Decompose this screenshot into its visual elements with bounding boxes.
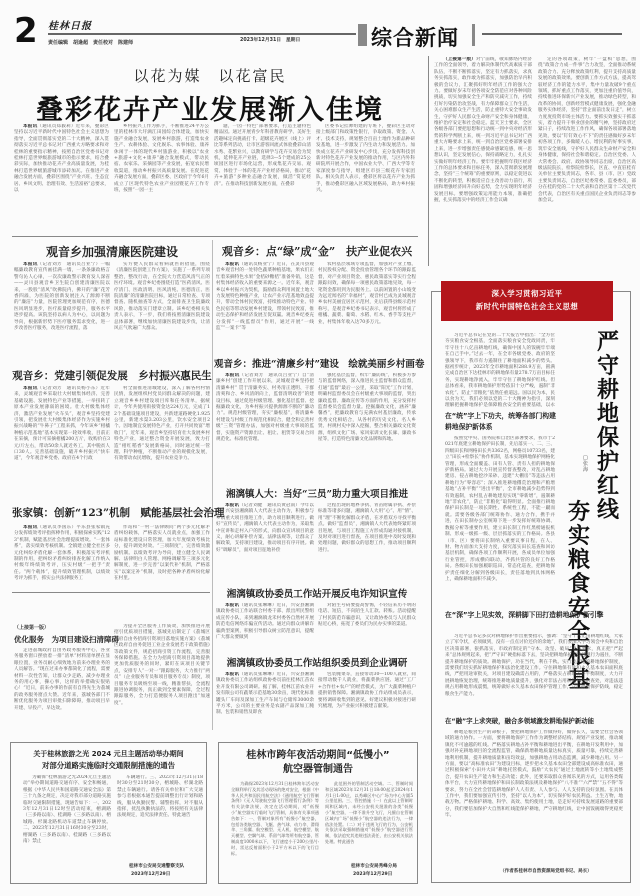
section-heading: 在“深”字上见实效，深耕脚下田打造耕地保护新引擎 [445,610,623,621]
lead-col-1: 本报讯（通讯员郑毅莉）近年来，叠彩区坚持以习近平新时代中国特色社会主义思想为指导… [14,124,109,234]
story-title: 张家镇：创新“123”机制 赋能基层社会治理 [12,505,212,520]
author-note: （作者系桂林市自然资源局党组书记、局长） [500,868,592,874]
aircraft-notice-box: 桂林市跨年夜活动期间“低慢小” 航空器管制通告 为确保2023年12月31日桂林… [218,742,418,884]
story-title: 观音乡：党建引领促发展 乡村振兴惠民生 [12,368,212,383]
story-col: 对陌生号码要提高警惕，不轻信来历不明的电话、短信，不向陌生人汇款、转账。活动提醒… [318,603,416,647]
continuation-col-1: （上接第一版）对宁前线，敬知脉络内经济工作的全面领导，着力解决体制代代高素质干部… [434,57,532,271]
header-rule [48,33,356,35]
section-heading: 在“融”字上求突破，融合多领域激发耕地保护新动能 [445,716,625,725]
story-title: 优化服务 为项目建设扫清障碍 [14,634,119,645]
divider [12,592,210,593]
story-col: 村全面推进清城建设，深入了解各村村情民情，发展组织村党员同群众解决的问题，建立观… [114,386,210,488]
header-rule-right [482,33,622,35]
story-col: 本报讯（通讯员张琳琳）近日，兴安县湘漓镇政协委员工作站组织政协委员前往桂林江苗农… [216,672,314,724]
lead-col-4: 区委书记挂帅组建的专班下，叠彩区主动对接上级部门和政策性银行，争取政策、资金、人… [316,124,415,234]
section-body: 耕地是粮食生产的命根子，要把耕地保护工作做得好，做得长久，需要全社会各领域的通力… [445,730,623,866]
special-intro: 习近平总书记在党的二十大报告中指出：“全方位夯实粮食安全根基，全面落实粮食安全党… [445,333,555,407]
story-col: 本报讯（记者刘芳 通讯员吕业宁）一幅幅廉政教育宣传画挂满一墙，一条条廉政格言警句… [14,262,110,350]
section-body: 习近平总书记多次对耕地保护作出重要指示，强调：“坚守十八亿亩耕地红线，大家立了军… [445,634,623,710]
lead-col-2: 乡村振兴工作为抓手，不断推进24平方公里的桂林市大圩漓江田园综合体建设，加快实施… [114,124,209,234]
story-col: 本报讯（通讯员张琳琳）近日，兴安县湘漓镇政协委员工作站联合村委干部、派出所民警组… [216,603,314,647]
theme-banner: 深入学习贯彻习近平 新时代中国特色社会主义思想 [441,281,613,321]
notice-signer: 桂林市公安局秀峰分局 [351,863,397,869]
lead-col-3: 题，一园一特色”部署要求，打造主题特色精品园。通过开展青少年科普教育研学、美好生… [214,124,311,234]
story-title: 观音乡：点“绿”成“金” 扶产业促农兴 [214,243,420,259]
story-title: 观音乡加强清廉医院建设 [12,243,212,260]
lead-subtitle: 以花为媒 以花富民 [0,65,420,86]
section-heading: 在“统”字上下功夫，统筹各部门构建耕地保护新体系 [445,411,557,433]
traffic-notice-box: 关于桂林旅游之光 2024 元旦主题活动举办期间 对部分道路实施临时交通限制措施… [10,742,207,884]
lead-title: 叠彩花卉产业发展渐入佳境 [0,88,420,127]
vertical-title-1: 严守耕地保护红线 [597,330,623,522]
author-byline: □张海 [583,455,589,473]
story-col: 本报讯（记者刘芳 通讯员杨小东）近年来，灵城观音乡采取壮大村级集体经济、完善基础… [14,386,110,488]
story-col: 实方便人民群众看病就医的措施，围绕《清廉医院创建工作方案》，实施了一系列专项整治… [114,262,210,350]
page-number: 2 [14,14,38,48]
story-col: 本报讯（通讯员李国东）平乐县张家镇充分发挥绩效考评指挥棒作用，积极探索实践“12… [14,525,110,585]
editor-credits: 责任编辑 胡逢超 责任校对 陈建师 [48,39,133,46]
story-col: 作站和“一村一法律顾问”两个多元化解矛盾纠纷载体，严格落实人员就业点，加强工作站… [114,525,210,585]
story-col: 为提升全区服务工作质效，加快推进开展招引优质项目措施，荔城先后制定了《荔城区政府… [114,624,210,728]
story-title: 湘漓镇政协委员工作站开展反电诈知识宣传 [214,586,420,600]
section-title: 综合新闻 [371,22,459,52]
column-divider [212,240,213,730]
story-title: 湘漓镇人大：当好“三员”助力重大项目推进 [214,486,420,500]
story-col: 走进荔城政府自由务政务服务中心，各业务服务窗口摆放着一排“清单”材料清单摆在显眼… [14,648,110,728]
story-title: 湘漓镇政协委员工作站组织委员到企业调研 [214,655,420,669]
column-divider [428,56,429,266]
notice-date: 2023年12月29日 [353,871,392,877]
story-col: 过程出现的地界争执、青苗附属争执、补偿标准等诸多问题，湘漓镇人大用“心”、用“情… [318,503,416,573]
story-col: 本报讯（记者刘健 通讯员黄冠南）今年以来，兴安县湘漓镇人大代表主动作为，积极参与… [216,503,314,573]
continuation-kicker: （上接第一版） [14,624,49,631]
story-col: 本报讯（记者刘芳 通讯员吕业宁）自“清廉乡村”创建工作开展以来，灵城观音乡坚持把… [216,373,314,471]
story-col: 本报讯（通讯员杨业宁）近日，在灵川县观音乡观音村的一处特色蔬菜种植基地，果农们正… [216,262,314,350]
story-title: 观音乡：推进“清廉乡村”建设 绘就美丽乡村画卷 [214,356,420,370]
lead-byline: 本报讯 [23,124,37,129]
section-body: 按照党中央、国务院和自治区部署要求，我市于2021年底建立耕地保护田长制，先后落… [445,436,555,608]
story-col: 强化基层监督，织牢“廉防线”，积极多方参与的监督网络，深入推进民主监督和群众监督… [318,373,416,471]
section-bar-right [472,24,475,46]
section-bar-left [358,24,367,46]
continuation-col-2: 定的各项政策，树牢“一盘棋”思想，围绕“政策合力成一件事”合力攻坚，全面推动系统… [538,57,636,271]
issue-date: 2023年12月31日 星期日 [240,36,300,43]
paper-logo: 桂林日报 [48,17,92,32]
story-col: 农村基层领域专项监督，加强对产业上缴、村民股权分配、资金投放管理各个环节的跟踪监… [318,262,416,350]
notice-signer: 桂林市公安局交通警察支队 [129,863,184,869]
story-col: 包装腌菜等，直接带动30—100人就业，间接带动数千人就业，将蔬菜供应链、通过“… [318,672,416,724]
notice-date: 2023年12月29日 [131,871,170,877]
divider [12,236,418,237]
newspaper-page: 2 桂林日报 责任编辑 胡逢超 责任校对 陈建师 2023年12月31日 星期日… [0,0,640,896]
